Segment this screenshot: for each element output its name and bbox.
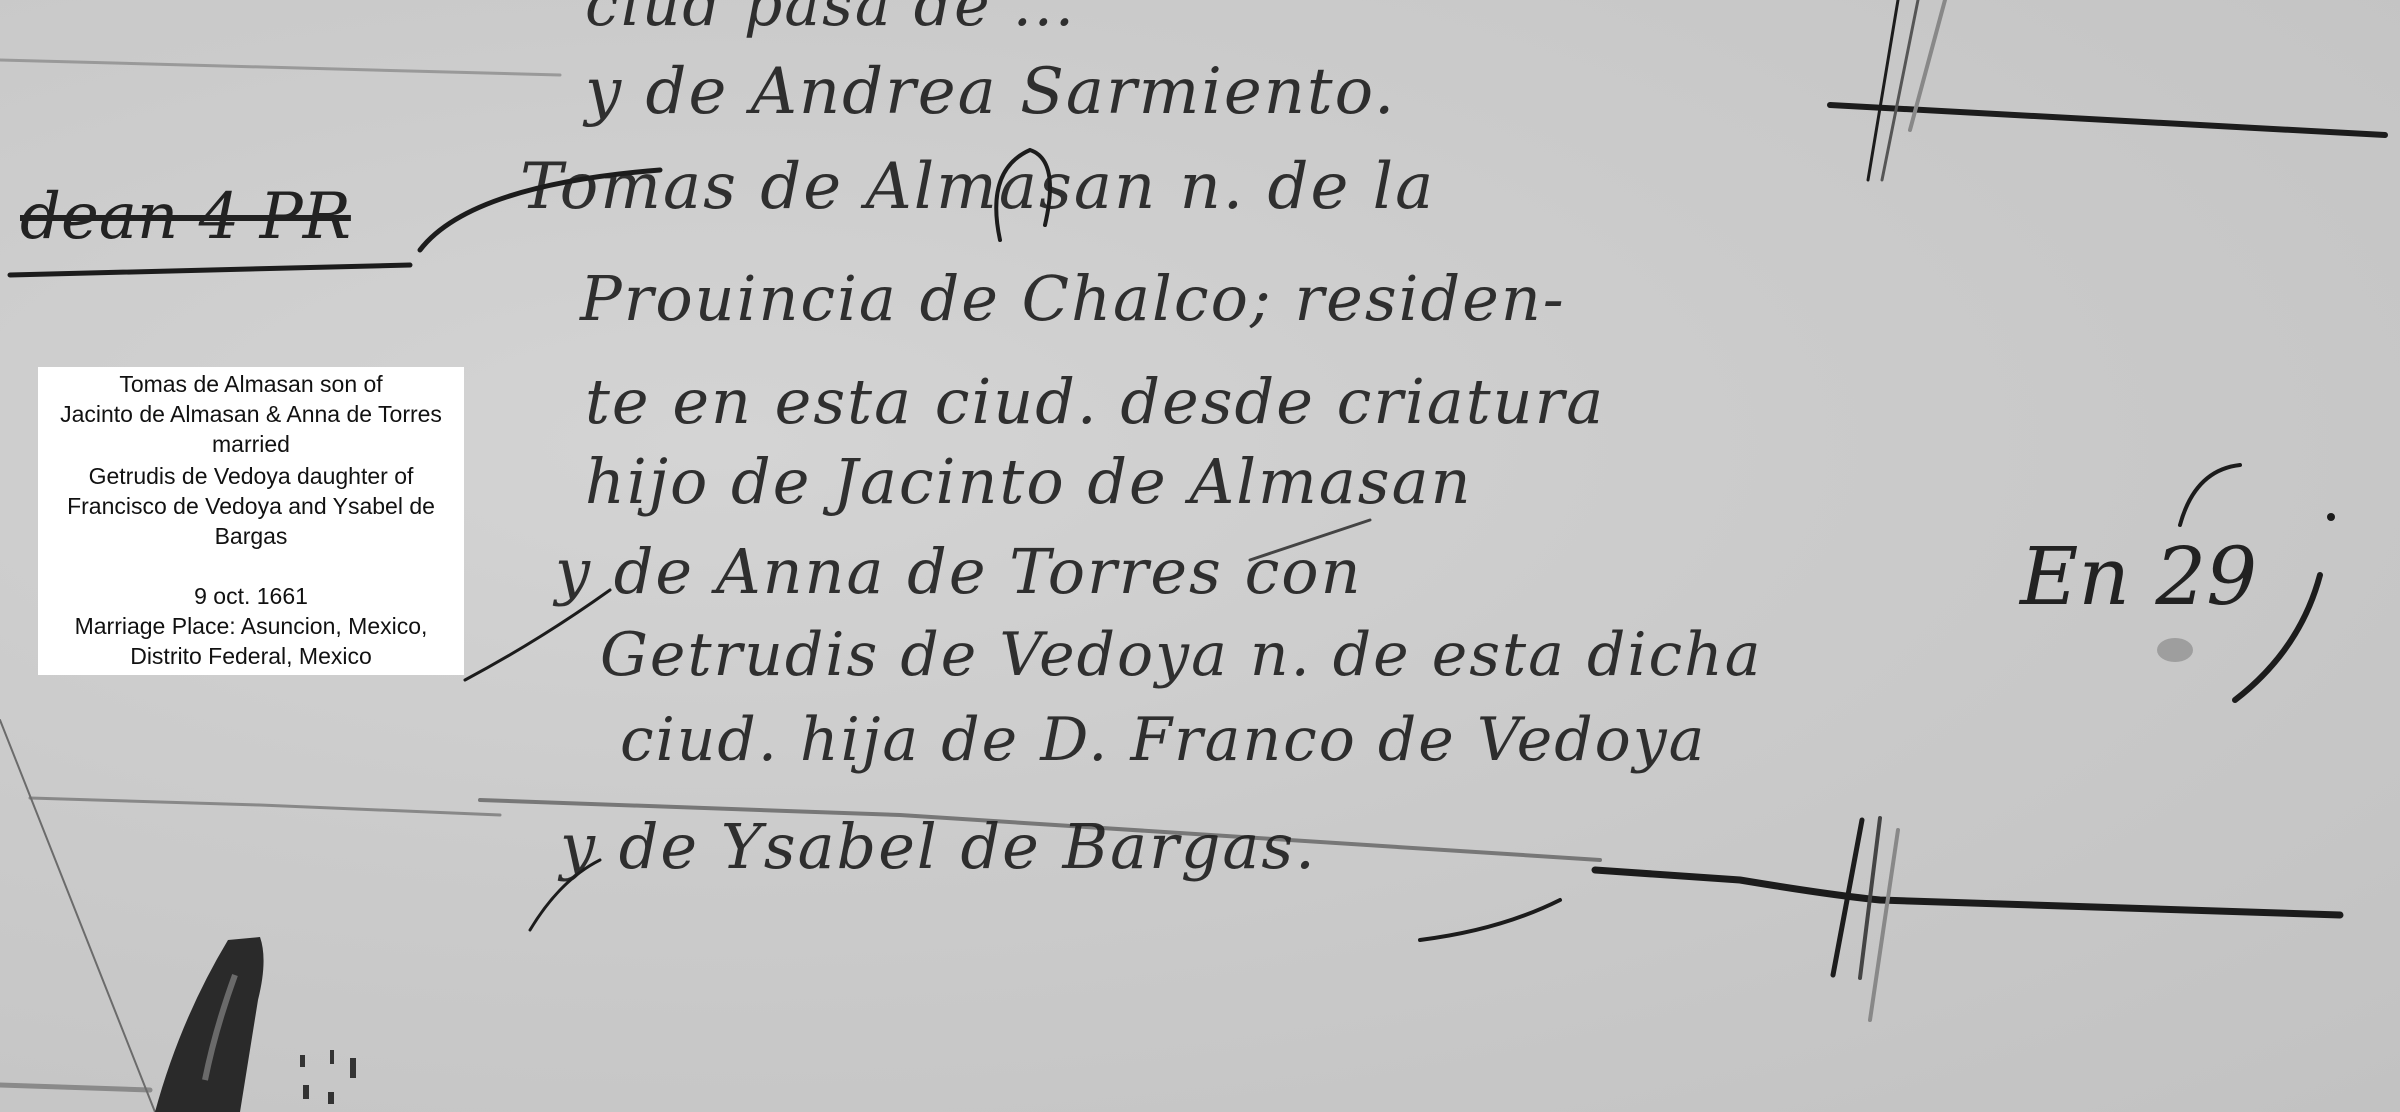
annotation-line: Getrudis de Vedoya daughter of: [38, 461, 464, 491]
manuscript-line: Tomas de Almasan n. de la: [520, 150, 1435, 224]
manuscript-line: y de Andrea Sarmiento.: [585, 55, 1396, 129]
manuscript-line: hijo de Jacinto de Almasan: [585, 445, 1473, 518]
manuscript-line: ciud pasa de ...: [585, 0, 1076, 40]
manuscript-line: Prouincia de Chalco; residen-: [580, 262, 1566, 335]
manuscript-line: te en esta ciud. desde criatura: [585, 365, 1605, 438]
annotation-spacer: [38, 551, 464, 581]
annotation-box: Tomas de Almasan son of Jacinto de Almas…: [38, 367, 464, 675]
annotation-bride-block: Getrudis de Vedoya daughter of Francisco…: [38, 459, 464, 675]
manuscript-line: y de Anna de Torres con: [555, 535, 1363, 608]
annotation-line: Jacinto de Almasan & Anna de Torres: [38, 399, 464, 429]
annotation-line: Bargas: [38, 521, 464, 551]
annotation-line: Tomas de Almasan son of: [38, 369, 464, 399]
marriage-date: 9 oct. 1661: [38, 581, 464, 611]
manuscript-page: dean 4 PR En 29 ciud pasa de ... y de An…: [0, 0, 2400, 1112]
manuscript-line: ciud. hija de D. Franco de Vedoya: [620, 705, 1706, 775]
margin-note-left: dean 4 PR: [20, 180, 351, 254]
annotation-groom-block: Tomas de Almasan son of Jacinto de Almas…: [38, 367, 464, 459]
annotation-line: married: [38, 429, 464, 459]
marriage-place: Distrito Federal, Mexico: [38, 641, 464, 671]
margin-note-right: En 29: [2020, 530, 2257, 623]
marriage-place: Marriage Place: Asuncion, Mexico,: [38, 611, 464, 641]
manuscript-line: Getrudis de Vedoya n. de esta dicha: [600, 620, 1763, 690]
annotation-line: Francisco de Vedoya and Ysabel de: [38, 491, 464, 521]
manuscript-line: y de Ysabel de Bargas.: [560, 810, 1317, 883]
